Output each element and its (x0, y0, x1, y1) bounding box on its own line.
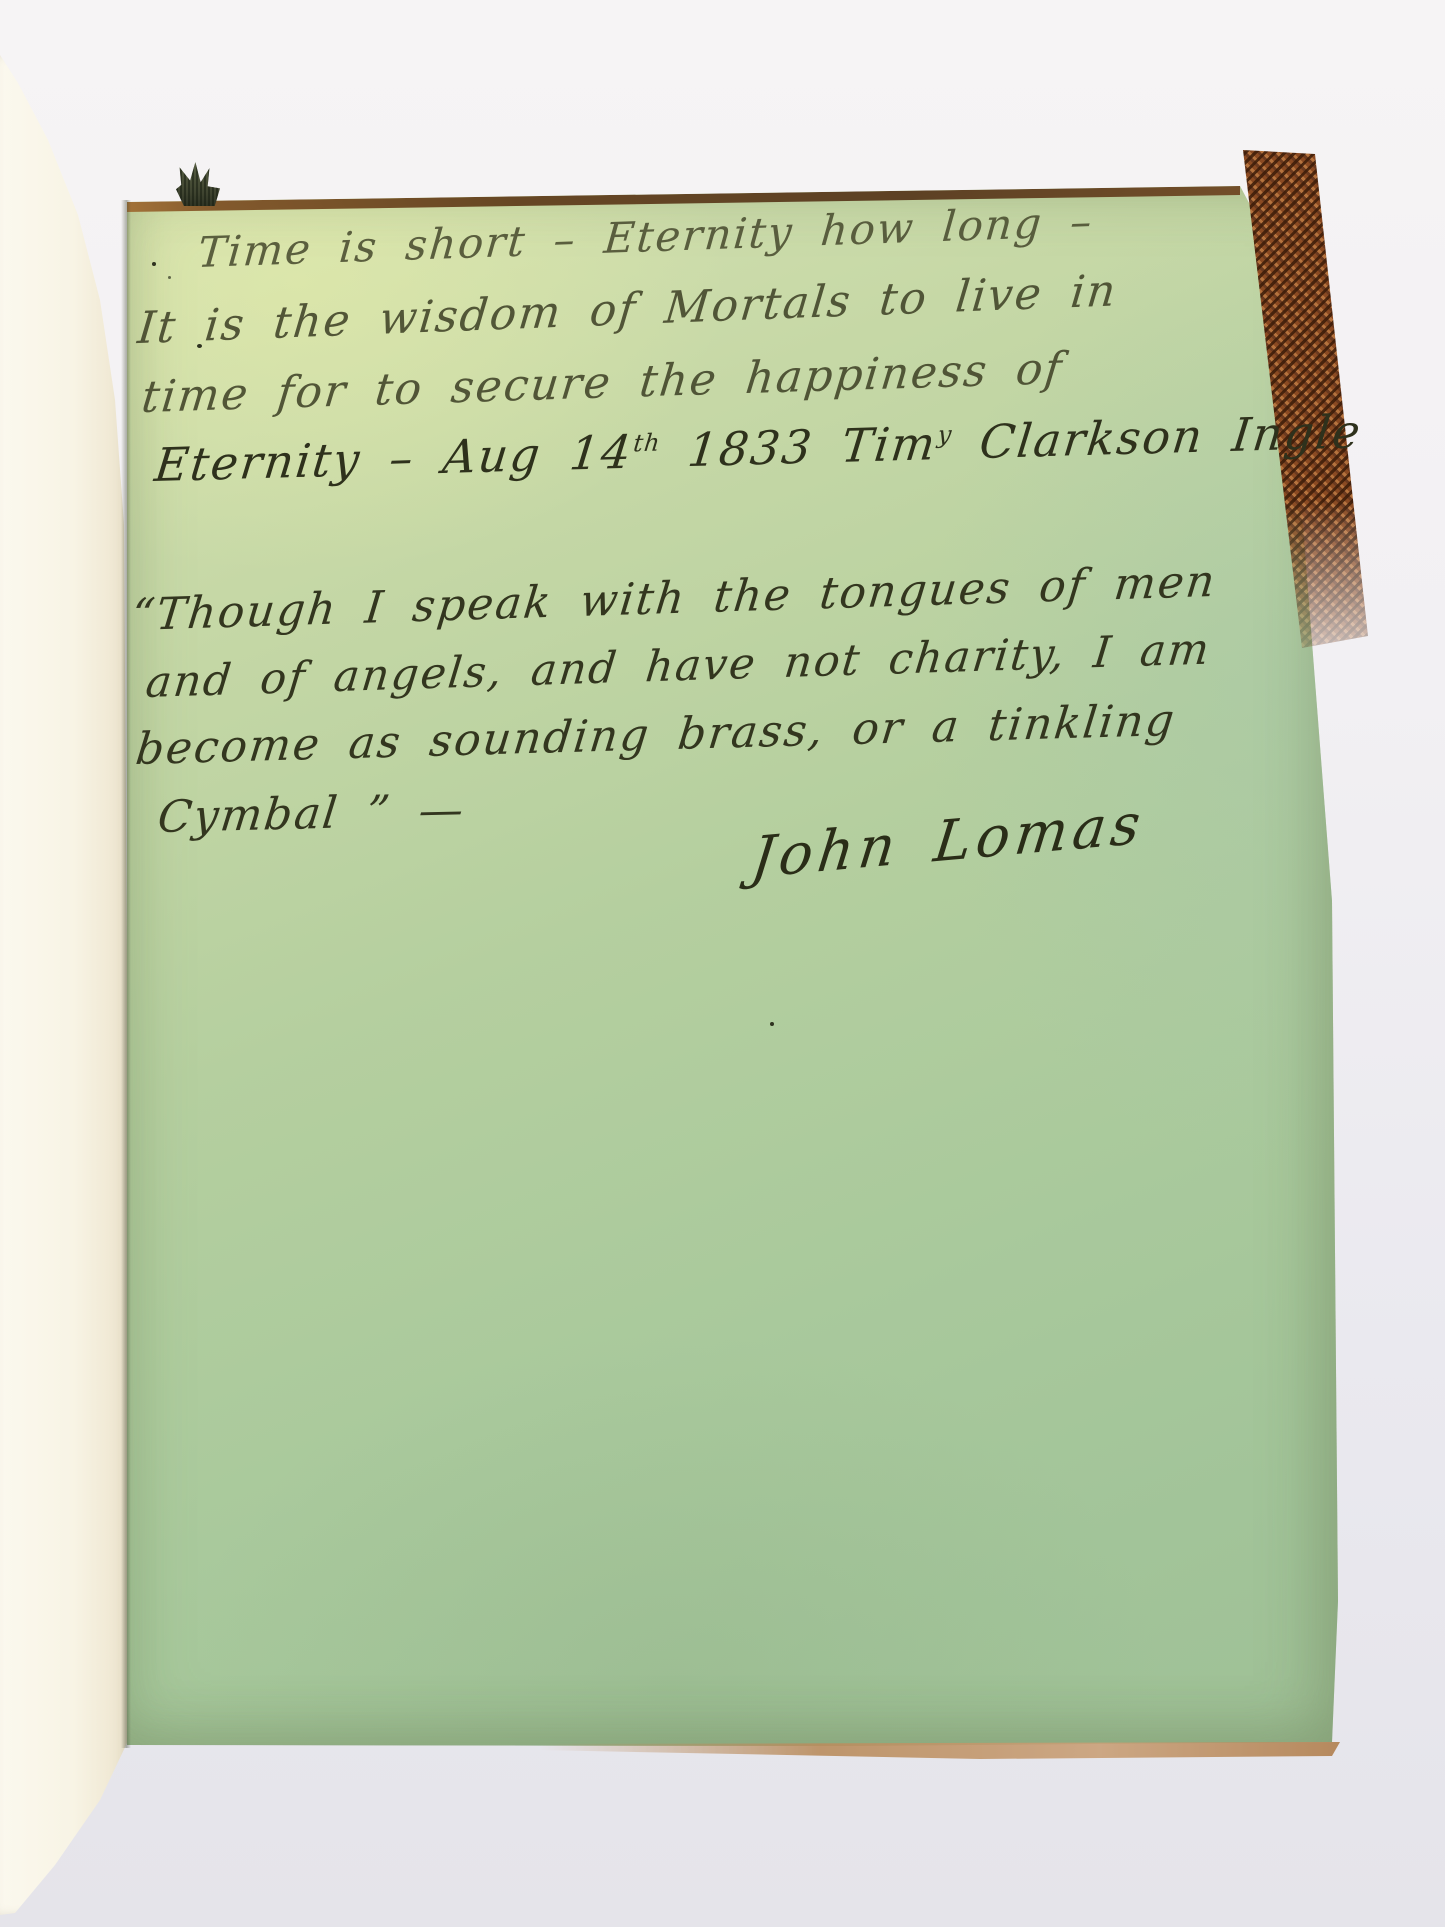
page-block-bottom-edge (540, 1742, 1340, 1759)
date-year-and-name: 1833 Tim (657, 416, 940, 478)
binding-thread-tuft (176, 162, 220, 206)
ink-speck (168, 276, 171, 279)
photo-of-album-page: { "photo": { "background_color": "#eae9e… (0, 0, 1445, 1927)
gutter-shadow (121, 200, 131, 1748)
quotation-line-4: Cymbal ” — (155, 784, 468, 843)
ink-speck (770, 1022, 774, 1026)
ink-speck (152, 262, 156, 266)
date-superscript-th: th (632, 428, 662, 457)
facing-page-edge (0, 55, 132, 1915)
